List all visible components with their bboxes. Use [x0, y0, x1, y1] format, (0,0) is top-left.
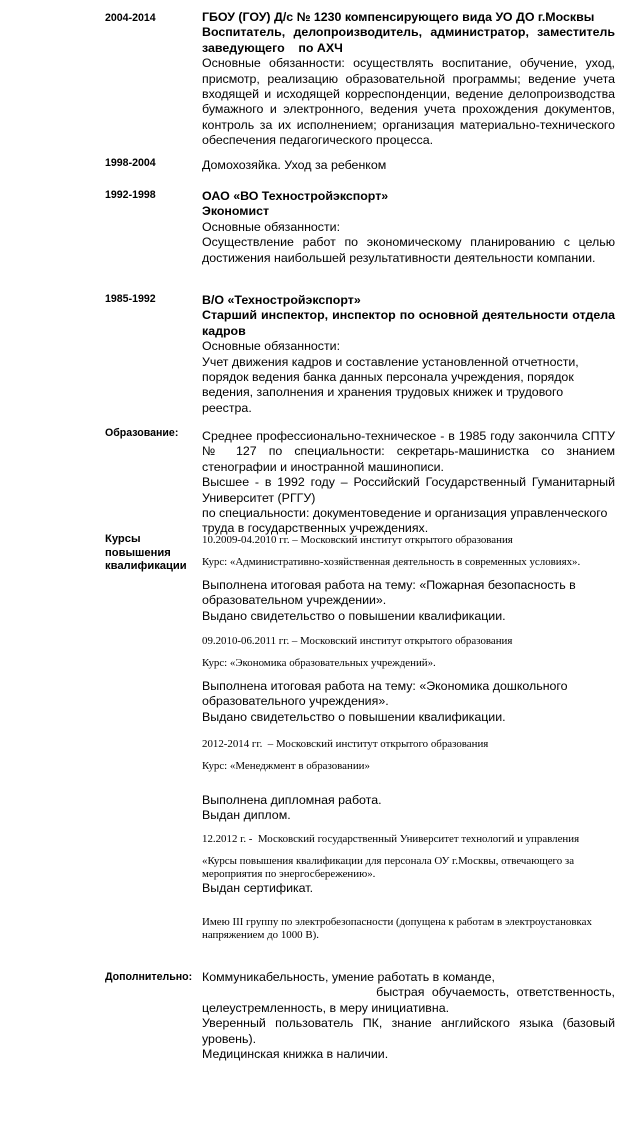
course-name: «Курсы повышения квалификации для персон…: [202, 855, 607, 881]
pc-skills: Уверенный пользователь ПК, знание англий…: [202, 1016, 615, 1047]
courses-label: Курсы повышения квалификации: [105, 533, 200, 574]
course-item: 2012-2014 гг. – Московский институт откр…: [202, 738, 615, 824]
duties-description: Домохозяйка. Уход за ребенком: [202, 158, 615, 173]
organization-name: ГБОУ (ГОУ) Д/с № 1230 компенсирующего ви…: [202, 10, 615, 25]
experience-content: ГБОУ (ГОУ) Д/с № 1230 компенсирующего ви…: [202, 10, 615, 149]
electrical-safety: Имею III группу по электробезопасности (…: [202, 916, 615, 942]
medical-book: Медицинская книжка в наличии.: [202, 1047, 615, 1062]
position-title: Старший инспектор, инспектор по основной…: [202, 308, 615, 339]
course-certificate: Выдано свидетельство о повышении квалифи…: [202, 609, 615, 624]
course-header: 2012-2014 гг. – Московский институт откр…: [202, 738, 615, 751]
course-name: Курс: «Административно-хозяйственная дея…: [202, 556, 615, 569]
course-name: Курс: «Менеджмент в образовании»: [202, 760, 615, 773]
secondary-education: Среднее профессионально-техническое - в …: [202, 429, 615, 475]
additional-label: Дополнительно:: [105, 971, 205, 984]
course-item: 09.2010-06.2011 гг. – Московский институ…: [202, 635, 615, 725]
position-title: Воспитатель, делопроизводитель, админист…: [202, 25, 615, 56]
experience-content: Домохозяйка. Уход за ребенком: [202, 158, 615, 173]
course-header: 09.2010-06.2011 гг. – Московский институ…: [202, 635, 615, 648]
period-label: 1992-1998: [105, 189, 200, 202]
education-label: Образование:: [105, 427, 200, 440]
soft-skills-line-3: целеустремленность, в меру инициативна.: [202, 1001, 615, 1016]
course-result: Выполнена итоговая работа на тему: «Экон…: [202, 679, 615, 710]
course-item: 10.2009-04.2010 гг. – Московский институ…: [202, 534, 615, 624]
organization-name: ОАО «ВО Техностройэкспорт»: [202, 189, 615, 204]
duties-label: Основные обязанности:: [202, 339, 615, 354]
course-certificate: Выдан сертификат.: [202, 881, 615, 896]
specialty: по специальности: документоведение и орг…: [202, 506, 615, 537]
course-header: 12.2012 г. - Московский государственный …: [202, 833, 615, 846]
duties-label: Основные обязанности:: [202, 220, 615, 235]
course-certificate: Выдан диплом.: [202, 808, 615, 823]
course-item: 12.2012 г. - Московский государственный …: [202, 833, 615, 942]
course-header: 10.2009-04.2010 гг. – Московский институ…: [202, 534, 615, 547]
higher-education: Высшее - в 1992 году – Российский Госуда…: [202, 475, 615, 506]
period-label: 1998-2004: [105, 157, 200, 170]
period-label: 2004-2014: [105, 12, 200, 25]
duties-description: Основные обязанности: осуществлять воспи…: [202, 56, 615, 148]
soft-skills-line-2: быстрая обучаемость, ответственность,: [202, 985, 615, 1000]
experience-content: В/О «Техностройэкспорт» Старший инспекто…: [202, 293, 615, 416]
education-content: Среднее профессионально-техническое - в …: [202, 429, 615, 537]
experience-content: ОАО «ВО Техностройэкспорт» Экономист Осн…: [202, 189, 615, 266]
soft-skills-line-1: Коммуникабельность, умение работать в ко…: [202, 970, 615, 985]
additional-content: Коммуникабельность, умение работать в ко…: [202, 970, 615, 1062]
period-label: 1985-1992: [105, 293, 200, 306]
course-result: Выполнена итоговая работа на тему: «Пожа…: [202, 578, 615, 609]
position-title: Экономист: [202, 204, 615, 219]
duties-description: Учет движения кадров и составление устан…: [202, 355, 597, 417]
course-result: Выполнена дипломная работа.: [202, 793, 615, 808]
course-certificate: Выдано свидетельство о повышении квалифи…: [202, 710, 615, 725]
duties-description: Осуществление работ по экономическому пл…: [202, 235, 615, 266]
organization-name: В/О «Техностройэкспорт»: [202, 293, 615, 308]
course-name: Курс: «Экономика образовательных учрежде…: [202, 657, 615, 670]
